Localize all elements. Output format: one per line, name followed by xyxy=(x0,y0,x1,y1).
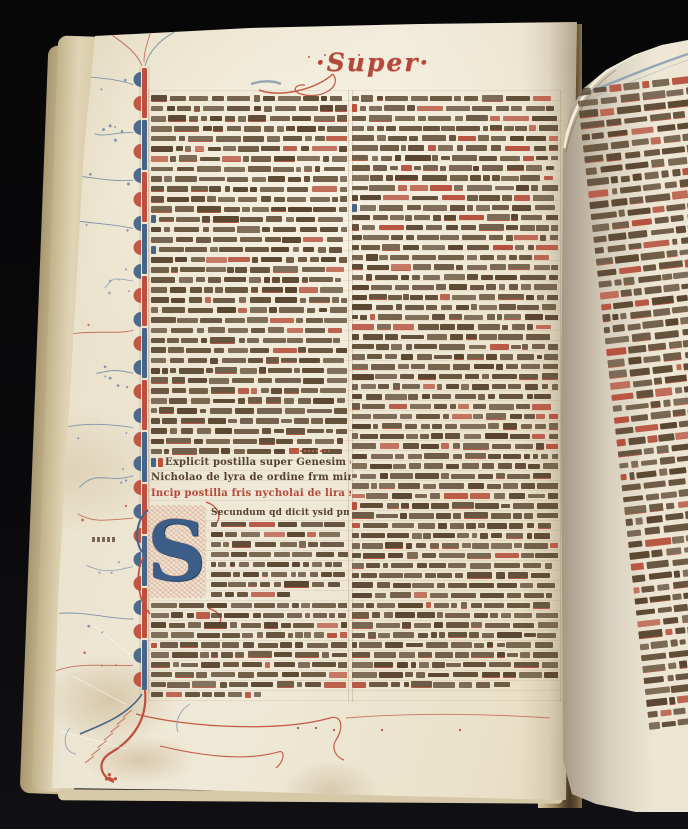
text-column-left-upper xyxy=(151,93,347,456)
explicit-line-1: Explicit postilla super Genesim edita a … xyxy=(151,456,351,470)
incipit-first-line: Secundum qd dicit ysid pmo lib xyxy=(211,506,349,520)
paraph-mark xyxy=(158,458,163,467)
text-beside-initial xyxy=(211,519,348,599)
paraph-mark xyxy=(151,458,156,467)
line-filler-mark xyxy=(296,450,330,455)
text-column-left-lower xyxy=(151,600,347,699)
explicit-line-2: Nicholao de lyra de ordine frm minorum xyxy=(151,471,351,485)
text-column-right xyxy=(352,93,558,690)
manuscript-photo: ·Super· Explicit postilla super Genesim … xyxy=(0,0,688,829)
ruling-vertical xyxy=(560,90,561,702)
marginal-annotation xyxy=(92,537,117,542)
ruling-vertical xyxy=(348,90,349,702)
